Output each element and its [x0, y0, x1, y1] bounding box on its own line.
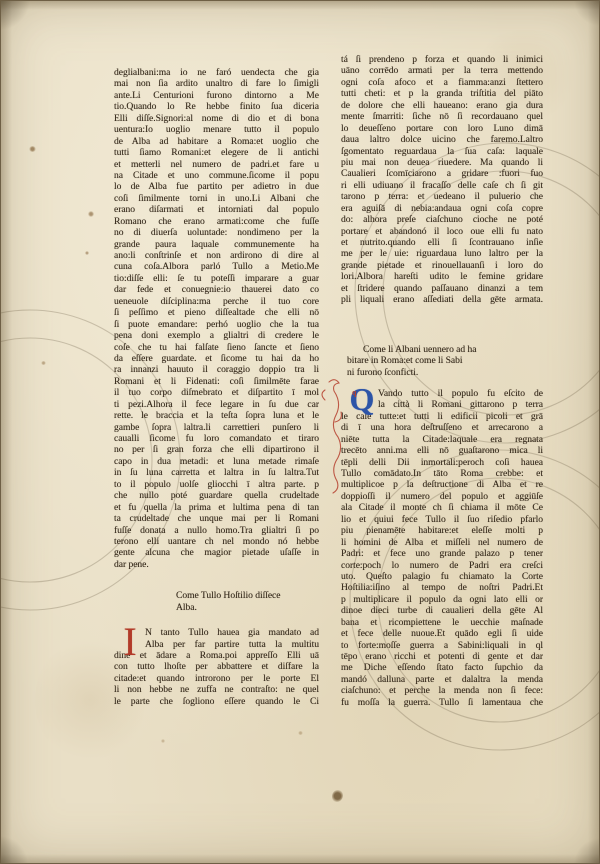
text-line: citade:et quando introrono per le porte …	[114, 673, 319, 684]
foxing-stain	[29, 146, 36, 152]
text-line: grande paura laquale communemente ha	[114, 239, 319, 250]
text-line: piu pienamēte habitare:et eleſſe molti p	[341, 525, 543, 536]
paragraph-with-initial: I N tanto Tullo hauea gia mandato adAlba…	[114, 627, 319, 707]
foxing-stain	[88, 211, 94, 217]
text-line: tarono p terra: et uedeano il puluerio c…	[341, 191, 543, 202]
text-line: coſe che tu hai falſate ſieno ſancte et …	[114, 342, 319, 353]
foxing-stain	[298, 731, 303, 735]
text-line: p multiplicare il populo da ogni lato el…	[341, 594, 543, 605]
text-line: fuſſe donata a nullo homo.Tra glialtri ſ…	[114, 525, 319, 536]
foxing-stain	[41, 361, 46, 365]
text-line: coſi ſimilmente torni in uno.Li Albani c…	[114, 193, 319, 204]
text-line: dar pene.	[114, 559, 319, 570]
text-line: Tullo comādato.In tāto Roma crebbe: et	[341, 468, 543, 479]
rubricated-initial-letter: I	[118, 624, 142, 660]
text-line: de Alba ad habitare a Roma:et uoglio che	[114, 136, 319, 147]
paragraph-with-initial: Q q Vando tutto il populo fu eſcito dela…	[341, 388, 543, 708]
text-line: di ī una hora deſtruſſeno et arrecarono …	[341, 422, 543, 433]
text-line: ſi peſſimo et pieno diſſealtade che elli…	[114, 307, 319, 318]
text-line: ta crudeltade che unque mai per li Roman…	[114, 513, 319, 524]
text-line: piu mai non deuea riuedere. Ma quando li	[341, 157, 543, 168]
text-line: deglialbani:ma io ne faró uendecta che g…	[114, 67, 319, 78]
text-line: lori.Albora hareſti udito le femine grid…	[341, 271, 543, 282]
text-line: tutti cheti: et p la granda triſtitia de…	[341, 88, 543, 99]
text-line: gente alcuna che magior pietade uſaſſe i…	[114, 547, 319, 558]
text-line: me per le uie: riguardaua luno laltro pe…	[341, 248, 543, 259]
chapter-heading: Come Tullo Hoſtilio diſſeceAlba.	[114, 590, 319, 613]
text-line: tio:diſſe elli: ſe tu poteſſi imparare a…	[114, 273, 319, 284]
text-line: et metterli nel numero de padri.et fare …	[114, 159, 319, 170]
text-line: dinoe dieci turbe di caualieri della gēt…	[341, 605, 543, 616]
text-line: mandó dalluna parte et dalaltra la menda	[341, 674, 543, 685]
guide-letter: q	[352, 389, 356, 397]
text-line: con tutto lhoſte per abbattere et diſfar…	[114, 661, 319, 672]
text-line: Alba.	[114, 602, 319, 613]
text-line: uāno corrēdo armati per la terra mettend…	[341, 65, 543, 76]
text-line: Alba per far partire tutta la multitu	[114, 639, 319, 650]
text-line: ano:li conſtrinſe et non ardirono di dir…	[114, 250, 319, 261]
text-line: et ſtridere quando paſſauano dinanzi a t…	[341, 283, 543, 294]
body-paragraph: N tanto Tullo hauea gia mandato adAlba p…	[114, 627, 319, 707]
text-line: doppioſſi il numero del populo et aggiūſ…	[341, 491, 543, 502]
text-line: mente ſmarriti: ſiche nō ſi recordauano …	[341, 111, 543, 122]
text-line: ueneuole diſciplina:ma perche il tuo cor…	[114, 296, 319, 307]
text-line: ra innanzi hauuto il coraggio doppio tra…	[114, 364, 319, 375]
text-line: ogni coſa afoco et a fiamma:anzi ſtetter…	[341, 77, 543, 88]
text-line: tēpo erano ricchi et potenti di gente et…	[341, 651, 543, 662]
text-line: ſgomentato reguardaua la ſua caſa: laqua…	[341, 146, 543, 157]
text-line: et fu quella la prima et lultima pena di…	[114, 502, 319, 513]
text-line: ciaſchuno: et perche la menda non ſi fec…	[341, 685, 543, 696]
text-line: na Citade et uno commune.ſicome il popu	[114, 170, 319, 181]
text-line: in ſu luna carretta et laltra in ſu lalt…	[114, 467, 319, 478]
text-line: mai non ſia ardito unaltro di fare lo ſi…	[114, 78, 319, 89]
text-line: da eſſere guardate. et ſicome tu hai da …	[114, 353, 319, 364]
text-line: Romano che erano armati:come che fuſſe	[114, 216, 319, 227]
text-line: Caualieri ſcomīciarono a gridare :fuori …	[341, 168, 543, 179]
text-line: uto. Queſto palagio fu chiamato la Corte	[341, 571, 543, 582]
text-line: capo in dua metadi: et luna metade rimaſ…	[114, 456, 319, 467]
text-line: erano diſarmati et intorniati dal populo	[114, 204, 319, 215]
text-line: gambe ſopra laltra.li carrettieri punſer…	[114, 422, 319, 433]
text-line: ni furono ſconficti.	[341, 367, 543, 378]
text-line: tá ſi prendeno p forza et quando li inim…	[341, 54, 543, 65]
text-line: tio.Quando lo Re hebbe finito ſua diceri…	[114, 101, 319, 112]
text-line: fu moſſa la guerra. Tullo ſi lamentaua c…	[341, 697, 543, 708]
text-line: portare et abandonó il loco oue elli fu …	[341, 226, 543, 237]
text-line: niēte tutta la Citade:laquale era regnat…	[341, 434, 543, 445]
text-line: Hoſtilia:iſino al tempo de noſtri Padri.…	[341, 582, 543, 593]
text-line: no di diuerſa uoluntade: nondimeno per l…	[114, 227, 319, 238]
text-line: cuna coſa.Albora parló Tullo a Metio.Me	[114, 261, 319, 272]
text-line: dine et ādare a Roma.poi appreſſo Elli u…	[114, 650, 319, 661]
text-line: multiplicoe p la deſtructione di Alba et…	[341, 479, 543, 490]
text-line: daua laltro dolce uicino che faremo.Lalt…	[341, 134, 543, 145]
text-line: no per ſi gran forza che elli dipartiron…	[114, 444, 319, 455]
text-line: to forte:moſſe guerra a Sabini:liquali i…	[341, 640, 543, 651]
foxing-stain	[161, 739, 165, 743]
text-line: le parte che ſogliono eſſere quando le C…	[114, 696, 319, 707]
text-line: Come li Albani uennero ad ha	[341, 344, 543, 355]
text-line: N tanto Tullo hauea gia mandato ad	[114, 627, 319, 638]
right-text-column: tá ſi prendeno p forza et quando li inim…	[341, 54, 543, 708]
body-paragraph: Vando tutto il populo fu eſcito dela cit…	[341, 388, 543, 708]
text-line: pena doni exemplo a glialtri di credere …	[114, 330, 319, 341]
text-line: pli liquali erano aſſediati della gēte a…	[341, 294, 543, 305]
text-line: bana et ricompiettene le uecchie maſnade	[341, 617, 543, 628]
text-line: de dolore che elli haueano: erano gia du…	[341, 100, 543, 111]
text-line: Elli diſſe.Signori:al nome di dio et di …	[114, 113, 319, 124]
text-line: il tuo corpo diſmebrato et diſpartito ī …	[114, 387, 319, 398]
left-text-column: deglialbani:ma io ne faró uendecta che g…	[114, 67, 319, 707]
body-paragraph: deglialbani:ma io ne faró uendecta che g…	[114, 67, 319, 570]
text-line: lo de Alba fue partito per adietro in du…	[114, 181, 319, 192]
foxing-stain	[332, 790, 343, 802]
text-line: bitare in Roma:et come li Sabi	[341, 355, 543, 366]
text-line: me Diche eſſendo ſtato facto ſupchio da	[341, 662, 543, 673]
text-line: caualli ſicome fu loro comandato et tira…	[114, 433, 319, 444]
text-line: corte:poch lo numero de Padri era creſci	[341, 560, 543, 571]
text-line: ſi puote emandare: perhó uoglio che la t…	[114, 319, 319, 330]
text-line: ti pezi.Alhora il fece legare in ſu due …	[114, 399, 319, 410]
chapter-heading: Come li Albani uennero ad habitare in Ro…	[341, 344, 543, 378]
text-line: Romani et li Fidenati: coſi ſimilmēte fa…	[114, 376, 319, 387]
text-line: che nullo poté guardare quella crudeltad…	[114, 490, 319, 501]
text-line: dar fede et conuegnie:io thauerei dato c…	[114, 284, 319, 295]
text-line: Come Tullo Hoſtilio diſſece	[114, 590, 319, 601]
text-line: li homini de Alba et miſſeli nel numero …	[341, 537, 543, 548]
text-line: uentura:Io uoglio menare tutto il populo	[114, 124, 319, 135]
text-line: Padri: et fece uno grande palazo p tener	[341, 548, 543, 559]
text-line: et nutrito.quando elli ſi ſcontrauano in…	[341, 237, 543, 248]
book-page-scan: deglialbani:ma io ne faró uendecta che g…	[0, 0, 600, 864]
text-line: trecēto anni.ma elli nō guaſtarono mica …	[341, 445, 543, 456]
text-line: rette. le braccia et la teſta ſopra luna…	[114, 410, 319, 421]
text-line: lio et quiui fece Tullo il ſuo riſedio p…	[341, 514, 543, 525]
text-line: era aguiſā di nebia:andaua ogni coſa cop…	[341, 203, 543, 214]
text-line: et fece delle nuoue.Et quādo egli ſi uid…	[341, 628, 543, 639]
text-line: tutti ſiamo Romani:et elegere de li anti…	[114, 147, 319, 158]
text-line: grande pietade et rinouellauanſi i loro …	[341, 260, 543, 271]
text-line: tēpli delli Dii inmortali:peroch coſi ha…	[341, 457, 543, 468]
text-line: ala Citade il monte ch ſi chiama il mōte…	[341, 502, 543, 513]
text-line: to il populo uolſe gliocchi ī altra part…	[114, 479, 319, 490]
foxing-stain	[85, 251, 89, 255]
text-line: terono elli uantare ch nel mondo nó hebb…	[114, 536, 319, 547]
text-line: ri elli udiuano il fracaſſo delle caſe c…	[341, 180, 543, 191]
text-line: ante.Li Centurioni furono dintorno a Me	[114, 90, 319, 101]
text-line: lo deueſſeno portare con loro Luno dimā	[341, 123, 543, 134]
text-line: li non hebbe ne zuffa ne contraſto: ne q…	[114, 684, 319, 695]
body-paragraph: tá ſi prendeno p forza et quando li inim…	[341, 54, 543, 306]
text-line: do: alhora preſe ciaſchuno cioche ne pot…	[341, 214, 543, 225]
